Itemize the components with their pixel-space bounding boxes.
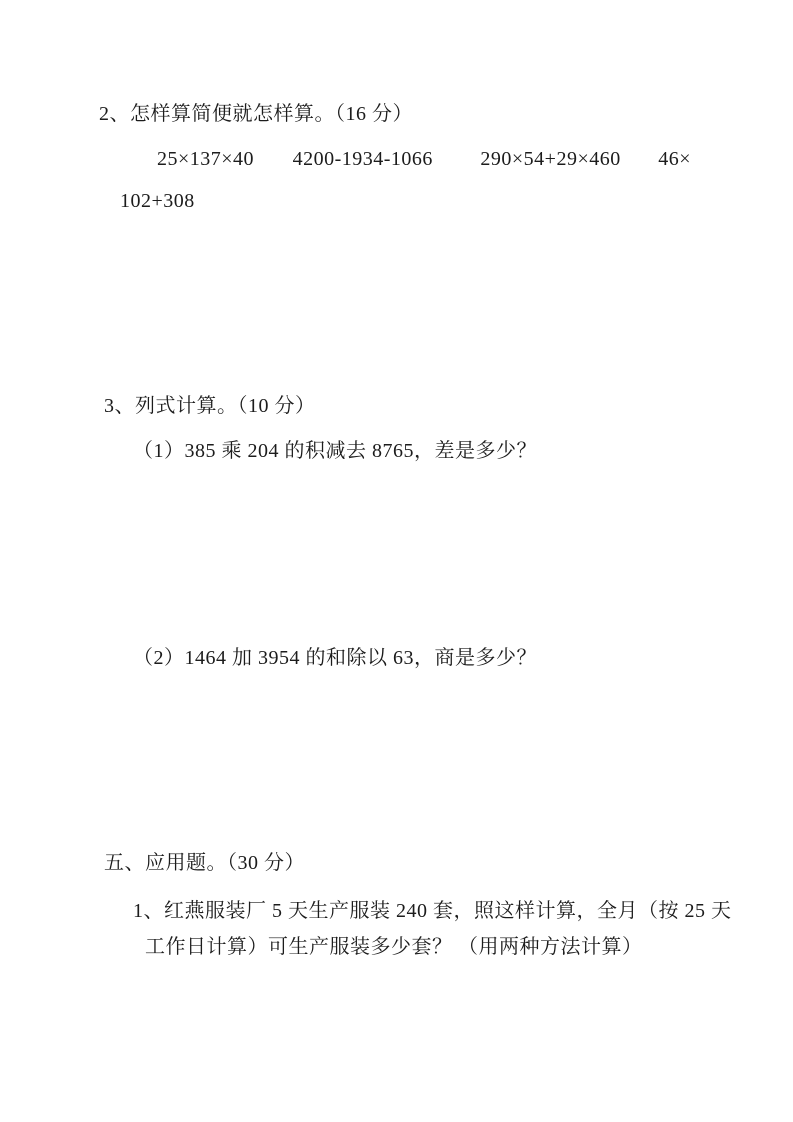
- section-simplify-heading: 2、怎样算简便就怎样算。（16 分）: [99, 101, 413, 128]
- expression-3: 290×54+29×460: [480, 146, 620, 173]
- expression-4: 46×: [658, 146, 691, 173]
- application-item-1-line-1: 1、红燕服装厂 5 天生产服装 240 套，照这样计算，全月（按 25 天: [133, 898, 732, 925]
- section-column-calc-heading: 3、列式计算。（10 分）: [104, 393, 316, 420]
- column-calc-item-2: （2）1464 加 3954 的和除以 63，商是多少？: [133, 645, 537, 672]
- expression-2: 4200-1934-1066: [293, 146, 433, 173]
- expression-1: 25×137×40: [157, 146, 254, 173]
- section-application-heading: 五、应用题。（30 分）: [104, 850, 305, 877]
- column-calc-item-1: （1）385 乘 204 的积减去 8765，差是多少？: [133, 438, 537, 465]
- application-item-1-line-2: 工作日计算）可生产服装多少套？ （用两种方法计算）: [145, 934, 643, 961]
- section-simplify-expressions: 25×137×40 4200-1934-1066 290×54+29×460 4…: [157, 146, 691, 173]
- worksheet-page: 2、怎样算简便就怎样算。（16 分） 25×137×40 4200-1934-1…: [0, 0, 793, 1122]
- expression-4-wrapped: 102+308: [120, 188, 195, 215]
